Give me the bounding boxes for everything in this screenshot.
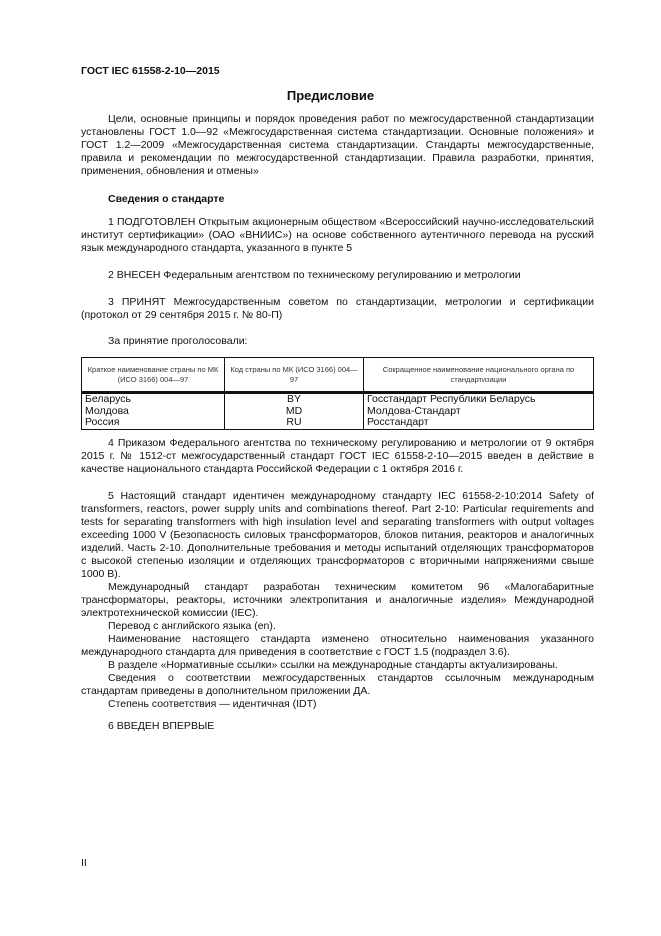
item-1-text: 1 ПОДГОТОВЛЕН Открытым акционерным общес… (81, 216, 594, 255)
item-5: 5 Настоящий стандарт идентичен междунаро… (81, 490, 594, 711)
item-6: 6 ВВЕДЕН ВПЕРВЫЕ (81, 720, 594, 733)
item-5-committee: Международный стандарт разработан технич… (81, 581, 594, 620)
item-3: 3 ПРИНЯТ Межгосударственным советом по с… (81, 296, 594, 322)
col-header-country: Краткое наименование страны по МК (ИСО 3… (82, 358, 225, 393)
table-row: Беларусь BY Госстандарт Республики Белар… (82, 393, 594, 406)
col-header-code: Код страны по МК (ИСО 3166) 004—97 (225, 358, 364, 393)
item-5-name-change: Наименование настоящего стандарта измене… (81, 633, 594, 659)
cell-body: Госстандарт Республики Беларусь (364, 393, 594, 406)
item-1: 1 ПОДГОТОВЛЕН Открытым акционерным общес… (81, 216, 594, 255)
page-number: II (81, 857, 87, 869)
voting-countries-table: Краткое наименование страны по МК (ИСО 3… (81, 357, 594, 430)
intro-paragraph: Цели, основные принципы и порядок провед… (81, 113, 594, 178)
item-5-correspondence: Сведения о соответствии межгосударственн… (81, 672, 594, 698)
item-2: 2 ВНЕСЕН Федеральным агентством по техни… (81, 269, 594, 282)
item-5-degree: Степень соответствия — идентичная (IDT) (81, 698, 594, 711)
vote-label: За принятие проголосовали: (81, 335, 594, 348)
document-id-header: ГОСТ IEC 61558-2-10—2015 (81, 65, 220, 77)
col-header-body: Сокращенное наименование национального о… (364, 358, 594, 393)
item-6-text: 6 ВВЕДЕН ВПЕРВЫЕ (81, 720, 594, 733)
cell-body: Росстандарт (364, 417, 594, 429)
table-row: Россия RU Росстандарт (82, 417, 594, 429)
item-5-references: В разделе «Нормативные ссылки» ссылки на… (81, 659, 594, 672)
cell-code: BY (225, 393, 364, 406)
vote-label-text: За принятие проголосовали: (81, 335, 594, 348)
item-3-text: 3 ПРИНЯТ Межгосударственным советом по с… (81, 296, 594, 322)
table-header-row: Краткое наименование страны по МК (ИСО 3… (82, 358, 594, 393)
cell-country: Беларусь (82, 393, 225, 406)
page-title: Предисловие (0, 88, 661, 103)
cell-country: Россия (82, 417, 225, 429)
item-5-translation: Перевод с английского языка (en). (81, 620, 594, 633)
item-5-text: 5 Настоящий стандарт идентичен междунаро… (81, 490, 594, 581)
section-heading: Сведения о стандарте (108, 193, 224, 205)
item-4: 4 Приказом Федерального агентства по тех… (81, 437, 594, 476)
item-4-text: 4 Приказом Федерального агентства по тех… (81, 437, 594, 476)
intro-text: Цели, основные принципы и порядок провед… (81, 113, 594, 178)
table-row: Молдова MD Молдова-Стандарт (82, 406, 594, 418)
cell-code: RU (225, 417, 364, 429)
item-2-text: 2 ВНЕСЕН Федеральным агентством по техни… (81, 269, 594, 282)
